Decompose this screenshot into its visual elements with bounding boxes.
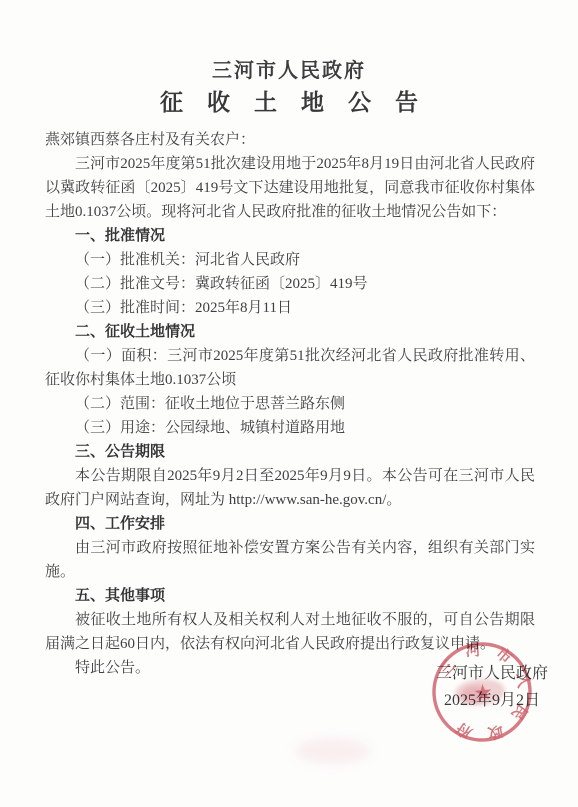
section-4-heading: 四、工作安排 [45,512,535,536]
section-1-heading: 一、批准情况 [45,224,535,248]
scan-smudge [295,738,370,764]
section-3-heading: 三、公告期限 [45,440,535,464]
salutation: 燕郊镇西蔡各庄村及有关农户： [45,128,535,152]
section-1-item-3: （三）批准时间：2025年8月11日 [45,296,535,320]
section-1-item-2: （二）批准文号：冀政转征函〔2025〕419号 [45,272,535,296]
section-5-paragraph: 被征收土地所有权人及相关权利人对土地征收不服的，可自公告期限届满之日起60日内，… [45,608,535,656]
section-5-heading: 五、其他事项 [45,584,535,608]
section-4-paragraph: 由三河市政府按照征地补偿安置方案公告有关内容，组织有关部门实施。 [45,536,535,584]
signature-issuer: 三河市人民政府 [436,663,548,685]
announcement-page: 三河市人民政府 征收土地公告 燕郊镇西蔡各庄村及有关农户： 三河市2025年度第… [0,0,578,807]
section-2-item-3: （三）用途：公园绿地、城镇村道路用地 [45,416,535,440]
announcement-title: 征收土地公告 [0,84,578,117]
issuing-authority-title: 三河市人民政府 [0,54,578,83]
section-2-item-1: （一）面积：三河市2025年度第51批次经河北省人民政府批准转用、征收你村集体土… [45,344,535,392]
section-1-item-1: （一）批准机关：河北省人民政府 [45,248,535,272]
intro-paragraph: 三河市2025年度第51批次建设用地于2025年8月19日由河北省人民政府以冀政… [45,152,535,224]
signature-date: 2025年9月2日 [444,690,540,712]
section-2-item-2: （二）范围：征收土地位于思菩兰路东侧 [45,392,535,416]
section-3-paragraph: 本公告期限自2025年9月2日至2025年9月9日。本公告可在三河市人民政府门户… [45,464,535,512]
signature-block: 三河市人民政府 2025年9月2日 [436,663,548,712]
section-2-heading: 二、征收土地情况 [45,320,535,344]
document-body: 燕郊镇西蔡各庄村及有关农户： 三河市2025年度第51批次建设用地于2025年8… [45,128,535,680]
